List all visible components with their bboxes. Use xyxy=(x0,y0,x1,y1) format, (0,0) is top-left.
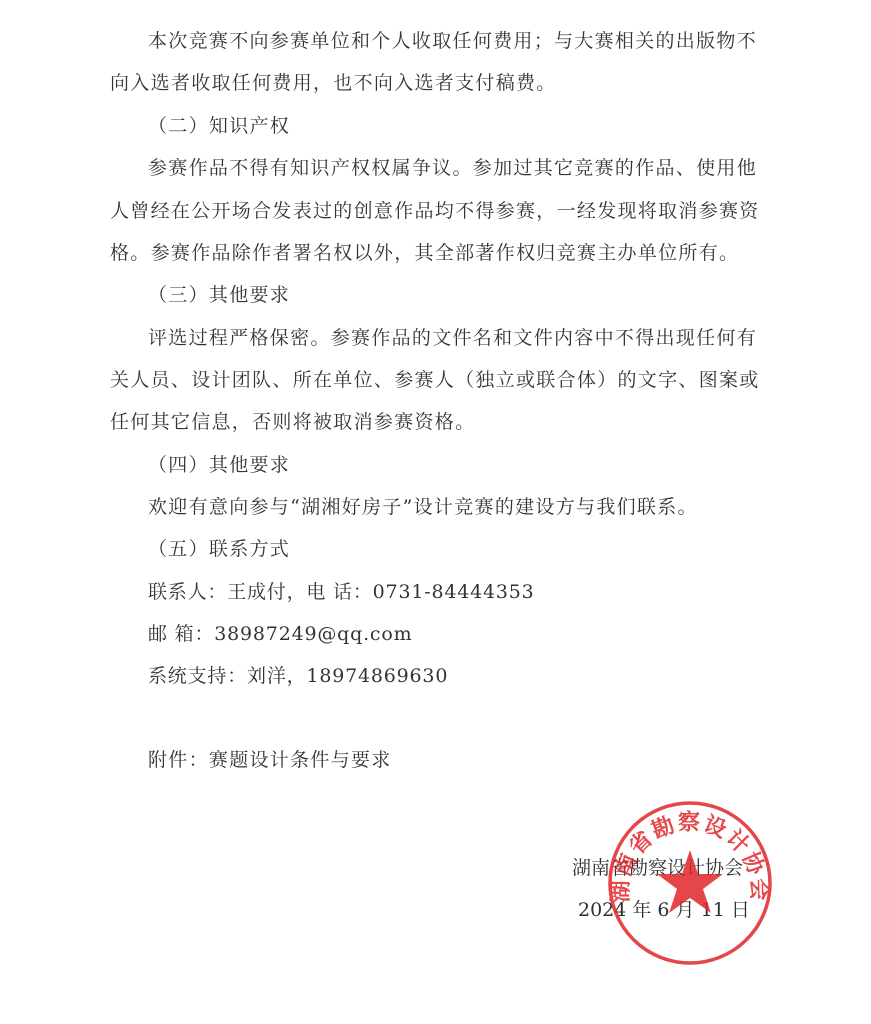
support-label: 系统支持： xyxy=(148,665,247,687)
phone-number: 0731-84444353 xyxy=(373,581,535,603)
seal-star-icon xyxy=(657,850,723,913)
paragraph-line: 人曾经在公开场合发表过的创意作品均不得参赛，一经发现将取消参赛资 xyxy=(110,199,760,223)
support-line: 系统支持：刘洋，18974869630 xyxy=(148,664,448,688)
attachment-label: 附件： xyxy=(148,749,209,771)
paragraph-line: 评选过程严格保密。参赛作品的文件名和文件内容中不得出现任何有 xyxy=(148,326,757,350)
contact-person-name: 王成付 xyxy=(227,581,286,603)
document-page: 本次竞赛不向参赛单位和个人收取任何费用；与大赛相关的出版物不 向入选者收取任何费… xyxy=(0,0,871,1024)
paragraph-line: 关人员、设计团队、所在单位、参赛人（独立或联合体）的文字、图案或 xyxy=(110,368,760,392)
attachment-title: 赛题设计条件与要求 xyxy=(209,749,392,771)
support-phone: 18974869630 xyxy=(306,665,448,687)
phone-label: 电 话： xyxy=(306,581,372,603)
official-seal-icon: 湖南省勘察设计协会 xyxy=(605,798,775,968)
contact-person-label: 联系人： xyxy=(148,581,227,603)
contact-person-line: 联系人：王成付，电 话：0731-84444353 xyxy=(148,580,535,604)
paragraph-line: 向入选者收取任何费用，也不向入选者支付稿费。 xyxy=(110,71,557,95)
paragraph-line: 格。参赛作品除作者署名权以外，其全部著作权归竞赛主办单位所有。 xyxy=(110,241,739,265)
separator: ， xyxy=(287,665,307,687)
email-address[interactable]: 38987249@qq.com xyxy=(214,623,412,645)
email-label: 邮 箱： xyxy=(148,623,214,645)
paragraph-line: 本次竞赛不向参赛单位和个人收取任何费用；与大赛相关的出版物不 xyxy=(148,29,757,53)
paragraph-line: 欢迎有意向参与“湖湘好房子”设计竞赛的建设方与我们联系。 xyxy=(148,495,698,519)
section-heading-ip: （二）知识产权 xyxy=(148,114,290,138)
attachment-line: 附件：赛题设计条件与要求 xyxy=(148,748,392,772)
email-line: 邮 箱：38987249@qq.com xyxy=(148,622,412,646)
support-name: 刘洋 xyxy=(247,665,287,687)
separator: ， xyxy=(287,581,307,603)
section-heading-other-3: （三）其他要求 xyxy=(148,283,290,307)
paragraph-line: 任何其它信息，否则将被取消参赛资格。 xyxy=(110,410,475,434)
paragraph-line: 参赛作品不得有知识产权权属争议。参加过其它竞赛的作品、使用他 xyxy=(148,156,757,180)
section-heading-contact: （五）联系方式 xyxy=(148,537,290,561)
section-heading-other-4: （四）其他要求 xyxy=(148,453,290,477)
